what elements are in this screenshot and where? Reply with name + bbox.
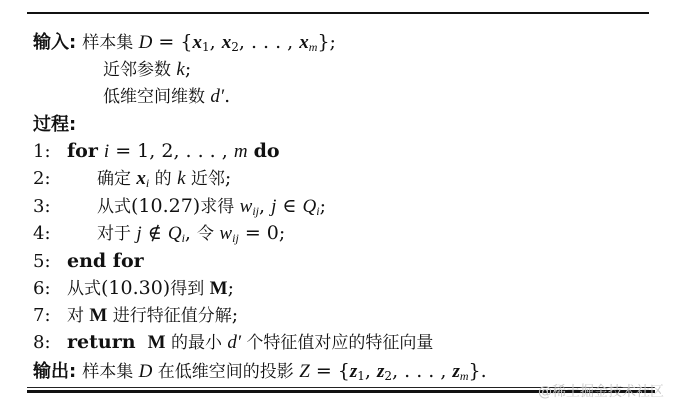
step-number: 1: — [33, 139, 67, 165]
output-label: 输出: — [33, 361, 76, 382]
step-number: 7: — [33, 303, 67, 329]
step-number: 6: — [33, 276, 67, 302]
step-number: 8: — [33, 330, 67, 356]
watermark: @稀土掘金技术社区 — [538, 381, 664, 401]
step-1: 1:for i = 1, 2, . . . , m do — [33, 138, 280, 164]
input-row-2: 近邻参数 k; — [103, 56, 191, 82]
process-label-row: 过程: — [33, 111, 76, 137]
keyword-for: for — [67, 140, 98, 162]
step-3: 3:从式(10.27)求得 wij, j ∈ Qi; — [33, 193, 326, 219]
input-k-label: 近邻参数 — [103, 60, 176, 80]
step-number: 2: — [33, 166, 67, 192]
step-7: 7:对 M 进行特征值分解; — [33, 302, 238, 328]
input-label: 输入: — [33, 32, 76, 53]
step-8: 8:return M 的最小 d′ 个特征值对应的特征向量 — [33, 329, 433, 355]
step-5: 5:end for — [33, 248, 144, 274]
step-number: 4: — [33, 221, 67, 247]
step-4: 4:对于 j ∉ Qi, 令 wij = 0; — [33, 220, 285, 246]
input-sample-set-label: 样本集 — [82, 33, 138, 53]
input-k-math: k — [176, 59, 184, 80]
output-row: 输出: 样本集 D 在低维空间的投影 Z = {z1, z2, . . . , … — [33, 358, 487, 384]
step-number: 3: — [33, 194, 67, 220]
input-row-1: 输入: 样本集 D = {x1, x2, . . . , xm}; — [33, 29, 336, 55]
input-d-math: d′ — [210, 86, 224, 107]
input-d-label: 低维空间维数 — [103, 87, 210, 107]
step-number: 5: — [33, 249, 67, 275]
top-rule — [27, 12, 649, 14]
step-6: 6:从式(10.30)得到 M; — [33, 275, 234, 301]
step-2: 2:确定 xi 的 k 近邻; — [33, 165, 231, 191]
keyword-return: return — [67, 331, 136, 353]
keyword-do: do — [254, 140, 280, 162]
input-sample-set-math: D — [139, 32, 153, 53]
process-label: 过程: — [33, 114, 76, 135]
keyword-end-for: end for — [67, 250, 144, 272]
input-row-3: 低维空间维数 d′. — [103, 83, 230, 109]
